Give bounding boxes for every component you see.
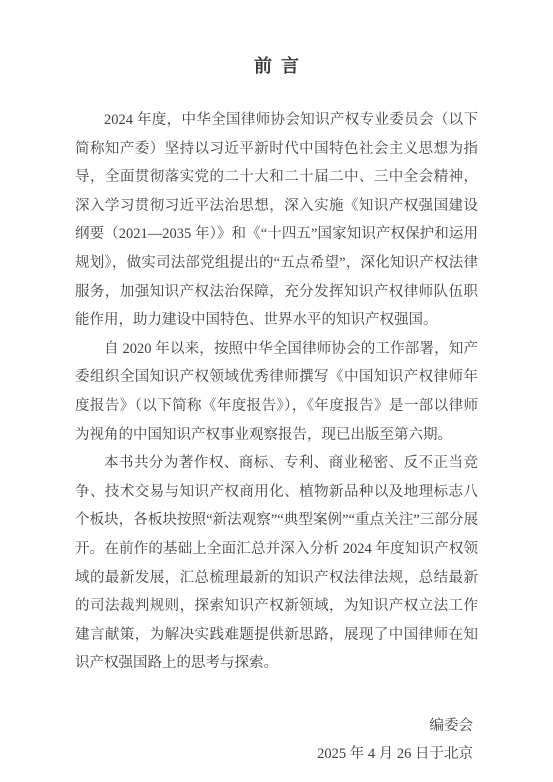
signature-date: 2025 年 4 月 26 日于北京 xyxy=(75,740,473,769)
paragraph: 2024 年度，中华全国律师协会知识产权专业委员会（以下简称知产委）坚持以习近平… xyxy=(75,106,478,335)
paragraph: 自 2020 年以来，按照中华全国律师协会的工作部署，知产委组织全国知识产权领域… xyxy=(75,335,478,449)
preface-page: 前言 2024 年度，中华全国律师协会知识产权专业委员会（以下简称知产委）坚持以… xyxy=(0,0,553,782)
preface-body: 2024 年度，中华全国律师协会知识产权专业委员会（以下简称知产委）坚持以习近平… xyxy=(75,106,478,678)
page-title: 前言 xyxy=(0,0,553,78)
paragraph: 本书共分为著作权、商标、专利、商业秘密、反不正当竞争、技术交易与知识产权商用化、… xyxy=(75,449,478,678)
signature-block: 编委会 2025 年 4 月 26 日于北京 xyxy=(75,712,473,769)
signature-author: 编委会 xyxy=(75,712,473,741)
